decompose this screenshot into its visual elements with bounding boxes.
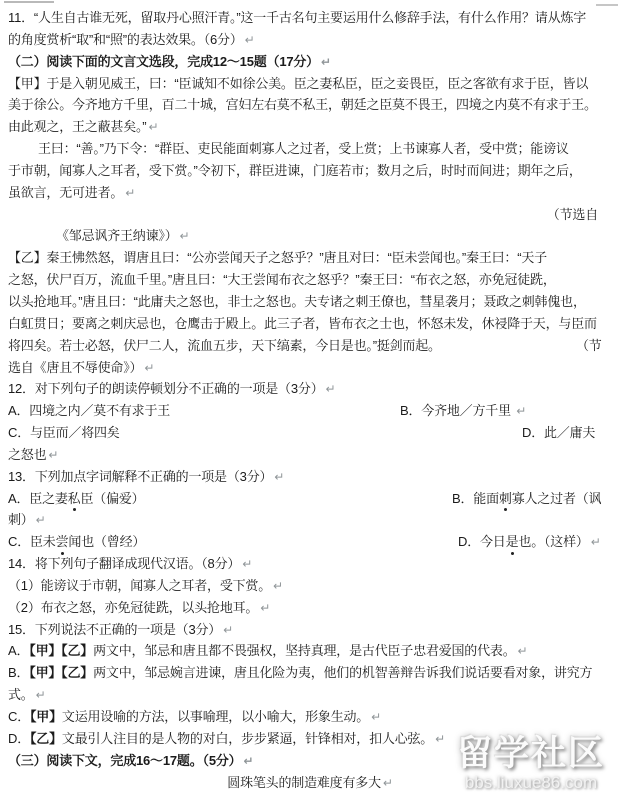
line-text: 12．对下列句子的朗读停顿划分不正确的一项是（3分）↵ — [8, 381, 335, 396]
emphasis-dot-char: 私 — [68, 488, 81, 510]
question-15-stem: 15．下列说法不正确的一项是（3分）↵ — [8, 619, 612, 641]
question-12-stem: 12．对下列句子的朗读停顿划分不正确的一项是（3分）↵ — [8, 378, 612, 400]
question-14-stem: 14．将下列句子翻译成现代汉语。（8分）↵ — [8, 553, 612, 575]
line-text: C．【甲】文运用设喻的方法，以事喻理，以小喻大，形象生动。↵ — [8, 709, 381, 724]
scan-artifact-top-right — [596, 4, 618, 6]
question-11-line-2: 的角度赏析“取”和“照”的表达效果。（6分）↵ — [8, 29, 612, 51]
paragraph-mark-icon: ↵ — [241, 754, 253, 768]
source-jia-line-2: 《邹忌讽齐王纳谏》）↵ — [8, 225, 612, 247]
line-text: A．四境之内／莫不有求于王 — [8, 403, 170, 418]
paragraph-mark-icon: ↵ — [240, 557, 252, 571]
paragraph-mark-icon: ↵ — [123, 186, 135, 200]
line-text: 王曰：“善。”乃下令：“群臣、吏民能面刺寡人之过者，受上赏；上书谏寡人者，受中赏… — [38, 141, 569, 156]
question-15-option-b-line-2: 式。↵ — [8, 684, 612, 706]
passage-jia-line-2: 美于徐公。今齐地方千里，百二十城，宫妇左右莫不私王，朝廷之臣莫不畏王，四境之内莫… — [8, 94, 612, 116]
line-text: C．臣未尝闻也（曾经） — [8, 534, 145, 549]
paragraph-mark-icon: ↵ — [324, 382, 336, 396]
line-text: 【甲】于是入朝见威王，曰：“臣诚知不如徐公美。臣之妻私臣，臣之妾畏臣，臣之客欲有… — [8, 76, 588, 91]
line-text: （1）能谤议于市朝，闻寡人之耳者，受下赏。↵ — [8, 578, 283, 593]
line-text: 14．将下列句子翻译成现代汉语。（8分）↵ — [8, 556, 252, 571]
paragraph-mark-icon: ↵ — [319, 55, 331, 69]
emphasis-dot-char: 刺 — [499, 488, 512, 510]
question-11-line-1: 11．“人生自古谁无死，留取丹心照汗青。”这一千古名句主要运用什么修辞手法，有什… — [8, 7, 612, 29]
line-text: （节选自 — [547, 207, 598, 222]
line-text: 之怒，伏尸百万，流血千里。”唐且曰：“大王尝闻布衣之怒乎？”秦王曰：“布衣之怒，… — [8, 272, 556, 287]
line-text: （二）阅读下面的文言文选段，完成12～15题（17分）↵ — [8, 54, 331, 69]
line-text-column-2: D．此／庸夫 — [522, 422, 595, 444]
section-3-header: （三）阅读下文，完成16～17题。（5分）↵ — [8, 750, 612, 772]
scanned-exam-page: 11．“人生自古谁无死，留取丹心照汗青。”这一千古名句主要运用什么修辞手法，有什… — [0, 0, 618, 794]
line-text: A．【甲】【乙】两文中，邹忌和唐且都不畏强权，坚持真理，是古代臣子忠君爱国的代表… — [8, 643, 527, 658]
bold-segment: 【甲】【乙】 — [29, 665, 93, 680]
line-text: 15．下列说法不正确的一项是（3分）↵ — [8, 622, 233, 637]
question-13-stem: 13．下列加点字词解释不正确的一项是（3分）↵ — [8, 466, 612, 488]
document-body: 11．“人生自古谁无死，留取丹心照汗青。”这一千古名句主要运用什么修辞手法，有什… — [8, 7, 612, 793]
paragraph-mark-icon: ↵ — [34, 513, 46, 527]
passage-jia-line-4: 王曰：“善。”乃下令：“群臣、吏民能面刺寡人之过者，受上赏；上书谏寡人者，受中赏… — [8, 138, 612, 160]
passage-jia-line-3: 由此观之，王之蔽甚矣。”↵ — [8, 116, 612, 138]
passage-jia-line-6: 虽欲言，无可进者。↵ — [8, 182, 612, 204]
paragraph-mark-icon: ↵ — [433, 732, 445, 746]
passage-yi-line-4: 白虹贯日；要离之刺庆忌也，仓鹰击于殿上。此三子者，皆布衣之士也，怀怒未发，休祲降… — [8, 313, 612, 335]
paragraph-mark-icon: ↵ — [142, 361, 154, 375]
line-text-column-2: D．今日是也。（这样）↵ — [458, 531, 601, 554]
paragraph-mark-icon: ↵ — [514, 404, 526, 418]
paragraph-mark-icon: ↵ — [589, 535, 601, 549]
line-text: 式。↵ — [8, 687, 45, 702]
line-text: 将四矣。若士必怒，伏尸二人，流血五步，天下缟素，今日是也。”挺剑而起。 — [8, 338, 441, 353]
question-15-option-c: C．【甲】文运用设喻的方法，以事喻理，以小喻大，形象生动。↵ — [8, 706, 612, 728]
line-text: （2）布衣之怒，亦免冠徒跣，以头抢地耳。↵ — [8, 600, 270, 615]
question-15-option-d: D．【乙】文最引人注目的是人物的对白，步步紧逼，针锋相对，扣人心弦。↵ — [8, 728, 612, 750]
bold-segment: 【甲】 — [30, 709, 62, 724]
question-13-options-ab: A．臣之妻私臣（偏爱）B．能面刺寡人之过者（讽 — [8, 488, 612, 510]
line-text-column-2: B．能面刺寡人之过者（讽 — [452, 488, 601, 510]
passage-jia-line-1: 【甲】于是入朝见威王，曰：“臣诚知不如徐公美。臣之妻私臣，臣之妾畏臣，臣之客欲有… — [8, 73, 612, 95]
source-yi-line: 选自《唐且不辱使命》）↵ — [8, 357, 612, 379]
paragraph-mark-icon: ↵ — [243, 33, 255, 47]
paragraph-mark-icon: ↵ — [258, 601, 270, 615]
line-text: 的角度赏析“取”和“照”的表达效果。（6分）↵ — [8, 32, 255, 47]
question-15-option-b-line-1: B．【甲】【乙】两文中，邹忌婉言进谏，唐且化险为夷，他们的机智善辩告诉我们说话要… — [8, 662, 612, 684]
paragraph-mark-icon: ↵ — [272, 470, 284, 484]
question-13-option-b-cont: 刺）↵ — [8, 509, 612, 531]
line-text: 《邹忌讽齐王纳谏》）↵ — [56, 228, 189, 243]
line-text: 虽欲言，无可进者。↵ — [8, 185, 135, 200]
section-2-header: （二）阅读下面的文言文选段，完成12～15题（17分）↵ — [8, 51, 612, 73]
line-text: 白虹贯日；要离之刺庆忌也，仓鹰击于殿上。此三子者，皆布衣之士也，怀怒未发，休祲降… — [8, 316, 597, 331]
question-12-options-cd: C．与臣而／将四矣D．此／庸夫 — [8, 422, 612, 444]
line-text: 选自《唐且不辱使命》）↵ — [8, 360, 154, 375]
line-text: （三）阅读下文，完成16～17题。（5分）↵ — [8, 753, 253, 768]
question-12-option-d-cont: 之怒也↵ — [8, 444, 612, 466]
line-text: A．臣之妻私臣（偏爱） — [8, 491, 145, 506]
line-text: 11．“人生自古谁无死，留取丹心照汗青。”这一千古名句主要运用什么修辞手法，有什… — [8, 10, 586, 25]
passage-yi-line-2: 之怒，伏尸百万，流血千里。”唐且曰：“大王尝闻布衣之怒乎？”秦王曰：“布衣之怒，… — [8, 269, 612, 291]
bold-segment: 【乙】 — [30, 731, 62, 746]
passage-3-title: 圆珠笔头的制造难度有多大↵ — [8, 772, 612, 794]
passage-jia-line-5: 于市朝，闻寡人之耳者，受下赏。”令初下，群臣进谏，门庭若市；数月之后，时时而间进… — [8, 160, 612, 182]
line-text: 【乙】秦王怫然怒，谓唐且曰：“公亦尝闻天子之怒乎？”唐且对曰：“臣未尝闻也。”秦… — [8, 250, 547, 265]
line-text: 由此观之，王之蔽甚矣。”↵ — [8, 119, 158, 134]
question-14-item-1: （1）能谤议于市朝，闻寡人之耳者，受下赏。↵ — [8, 575, 612, 597]
line-text: 美于徐公。今齐地方千里，百二十城，宫妇左右莫不私王，朝廷之臣莫不畏王，四境之内莫… — [8, 97, 597, 112]
line-text: 于市朝，闻寡人之耳者，受下赏。”令初下，群臣进谏，门庭若市；数月之后，时时而间进… — [8, 163, 582, 178]
paragraph-mark-icon: ↵ — [271, 579, 283, 593]
passage-yi-line-5: 将四矣。若士必怒，伏尸二人，流血五步，天下缟素，今日是也。”挺剑而起。（节 — [8, 335, 612, 357]
line-text: 之怒也↵ — [8, 447, 58, 462]
paragraph-mark-icon: ↵ — [178, 229, 190, 243]
paragraph-mark-icon: ↵ — [369, 710, 381, 724]
passage-yi-line-3: 以头抢地耳。”唐且曰：“此庸夫之怒也，非士之怒也。夫专诸之刺王僚也，彗星袭月；聂… — [8, 291, 612, 313]
question-13-options-cd: C．臣未尝闻也（曾经）D．今日是也。（这样）↵ — [8, 531, 612, 553]
line-text: 圆珠笔头的制造难度有多大↵ — [227, 775, 392, 790]
paragraph-mark-icon: ↵ — [381, 776, 393, 790]
emphasis-dot-char: 尝 — [56, 531, 69, 553]
paragraph-mark-icon: ↵ — [516, 644, 528, 658]
line-text-column-2: （节 — [576, 335, 602, 357]
paragraph-mark-icon: ↵ — [221, 623, 233, 637]
question-15-option-a: A．【甲】【乙】两文中，邹忌和唐且都不畏强权，坚持真理，是古代臣子忠君爱国的代表… — [8, 640, 612, 662]
paragraph-mark-icon: ↵ — [146, 120, 158, 134]
question-14-item-2: （2）布衣之怒，亦免冠徒跣，以头抢地耳。↵ — [8, 597, 612, 619]
line-text: 刺）↵ — [8, 512, 45, 527]
line-text: B．【甲】【乙】两文中，邹忌婉言进谏，唐且化险为夷，他们的机智善辩告诉我们说话要… — [8, 665, 592, 680]
line-text: 以头抢地耳。”唐且曰：“此庸夫之怒也，非士之怒也。夫专诸之刺王僚也，彗星袭月；聂… — [8, 294, 586, 309]
passage-yi-line-1: 【乙】秦王怫然怒，谓唐且曰：“公亦尝闻天子之怒乎？”唐且对曰：“臣未尝闻也。”秦… — [8, 247, 612, 269]
line-text: 13．下列加点字词解释不正确的一项是（3分）↵ — [8, 469, 284, 484]
paragraph-mark-icon: ↵ — [34, 688, 46, 702]
line-text-column-2: B．今齐地／方千里 ↵ — [400, 400, 526, 423]
question-12-options-ab: A．四境之内／莫不有求于王B．今齐地／方千里 ↵ — [8, 400, 612, 422]
bold-segment: 【甲】【乙】 — [29, 643, 93, 658]
source-jia-line-1: （节选自 — [8, 204, 612, 226]
line-text: C．与臣而／将四矣 — [8, 425, 120, 440]
emphasis-dot-char: 是 — [506, 531, 519, 553]
line-text: D．【乙】文最引人注目的是人物的对白，步步紧逼，针锋相对，扣人心弦。↵ — [8, 731, 445, 746]
paragraph-mark-icon: ↵ — [46, 448, 58, 462]
scan-artifact-top-left — [4, 1, 54, 3]
